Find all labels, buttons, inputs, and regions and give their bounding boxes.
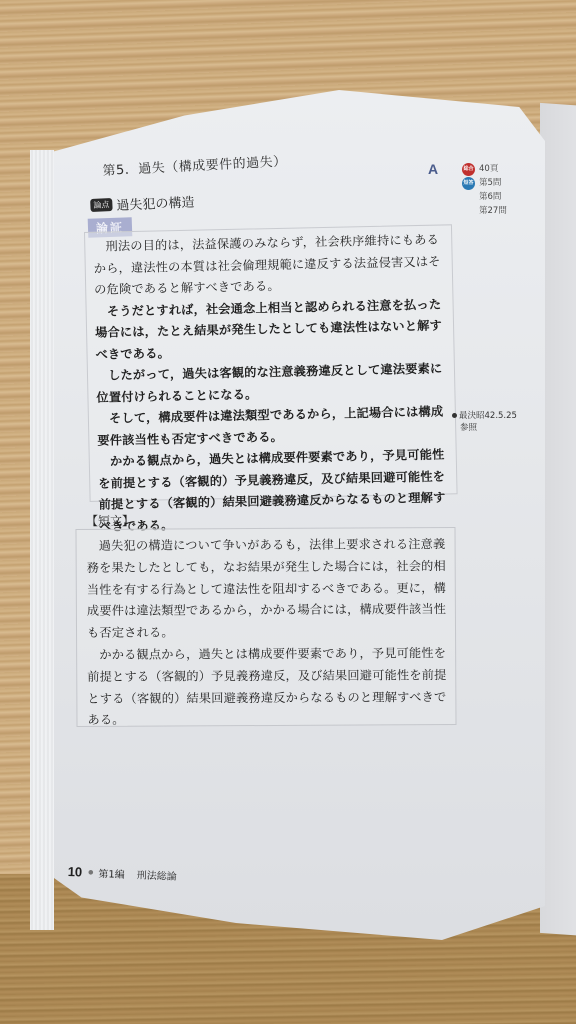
reference-row: 第6問 [462, 190, 507, 204]
argument-paragraph: 刑法の目的は，法益保護のみならず，社会秩序維持にもあるから，違法性の本質は社会倫… [93, 229, 448, 301]
argument-paragraph: かかる観点から，過失とは構成要件要素であり，予見可能性を前提とする（客観的）予見… [98, 444, 454, 537]
page-content: 第5．過失（構成要件的過失） A 総合 40頁 短答 第5問 第6問 第27問 … [0, 0, 576, 1024]
short-form-text: 過失犯の構造について争いがあるも，法律上要求される注意義務を果たしたとしても，な… [87, 534, 450, 732]
reference-text: 第27問 [479, 204, 507, 218]
reference-row: 第27問 [462, 204, 507, 218]
short-form-box: 過失犯の構造について争いがあるも，法律上要求される注意義務を果たしたとしても，な… [75, 527, 456, 727]
topic-title: 過失犯の構造 [116, 191, 195, 213]
case-citation: 最決昭42.5.25 [459, 411, 517, 421]
case-citation-suffix: 参照 [452, 422, 517, 434]
comprehensive-badge-icon: 総合 [462, 163, 475, 176]
argument-paragraph: したがって，過失は客観的な注意義務違反として違法要素に位置付けられることになる。 [96, 358, 451, 408]
bullet-icon [452, 413, 457, 418]
topic-tag: 論点 [90, 198, 113, 212]
short-answer-badge-icon: 短答 [462, 177, 475, 190]
page-number: 10 [67, 864, 82, 879]
topic-heading: 論点 過失犯の構造 [90, 191, 195, 215]
reference-row: 短答 第5問 [462, 176, 507, 190]
reference-row: 総合 40頁 [462, 162, 507, 176]
importance-grade: A [428, 161, 438, 177]
case-reference-note: 最決昭42.5.25 参照 [452, 410, 517, 434]
reference-text: 第6問 [479, 190, 501, 204]
argument-text: 刑法の目的は，法益保護のみならず，社会秩序維持にもあるから，違法性の本質は社会倫… [93, 229, 453, 537]
short-form-paragraph: 過失犯の構造について争いがあるも，法律上要求される注意義務を果たしたとしても，な… [87, 534, 450, 645]
short-form-paragraph: かかる観点から，過失とは構成要件要素であり，予見可能性を前提とする（客観的）予見… [87, 643, 449, 732]
argument-box: 刑法の目的は，法益保護のみならず，社会秩序維持にもあるから，違法性の本質は社会倫… [84, 224, 458, 502]
reference-text: 第5問 [479, 176, 501, 190]
part-label: 第1編 [98, 865, 125, 881]
chapter-label: 刑法総論 [137, 866, 177, 882]
cross-references: 総合 40頁 短答 第5問 第6問 第27問 [462, 162, 507, 218]
separator-dot-icon: ● [88, 869, 93, 876]
short-form-label: 【短文】 [86, 512, 134, 529]
argument-paragraph: そうだとすれば，社会通念上相当と認められる注意を払った場合には，たとえ結果が発生… [94, 294, 449, 366]
argument-paragraph: そして，構成要件は違法類型であるから，上記場合には構成要件該当性も否定すべきであ… [97, 401, 452, 451]
page-footer: 10 ● 第1編 刑法総論 [67, 864, 177, 883]
section-title: 第5．過失（構成要件的過失） [102, 150, 287, 179]
reference-text: 40頁 [479, 162, 498, 176]
